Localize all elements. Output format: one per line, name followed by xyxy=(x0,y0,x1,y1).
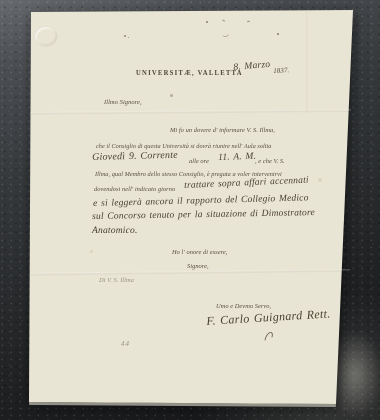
pencil-number: 44 xyxy=(121,340,130,348)
body-line-3-printed-b: , e che V. S. xyxy=(255,158,285,165)
closing-honor-line: Ho l' onore di essere, xyxy=(172,249,227,256)
ink-speck xyxy=(170,94,173,97)
body-line-1: Mi fo un dovere d' informare V. S. Illma… xyxy=(170,127,275,134)
closing-signore: Signore, xyxy=(187,263,209,270)
ink-speck xyxy=(206,21,208,23)
body-line-5-printed: dovendosi nell' indicato giorno xyxy=(94,186,175,193)
closing-servant-line: Umo e Devmo Servo, xyxy=(216,303,271,310)
printed-year: 1837. xyxy=(273,66,289,75)
letterhead-place: UNIVERSITÆ, VALLETTA xyxy=(136,69,243,77)
body-line-3-handwritten-day: Giovedì 9. Corrente xyxy=(92,150,178,163)
closing-di-vs-illma: Di V. S. Illma xyxy=(99,277,134,284)
body-line-2: che il Consiglio di questa Università si… xyxy=(96,143,271,150)
signature-flourish xyxy=(263,329,277,342)
body-line-3-printed-a: alle ore xyxy=(189,158,209,165)
letter-photograph: UNIVERSITÆ, VALLETTA 8. Marzo 1837. Illm… xyxy=(0,0,380,420)
body-line-8-handwritten: Anatomico. xyxy=(92,226,138,236)
ink-speck xyxy=(277,33,279,35)
foxing-spot xyxy=(90,250,93,253)
foxing-spot xyxy=(318,178,322,182)
body-line-3-handwritten-hour: 11. A. M. xyxy=(218,152,256,163)
ink-speck xyxy=(124,35,126,37)
vertical-crease xyxy=(306,11,308,113)
salutation: Illmo Signore, xyxy=(104,99,142,106)
blind-stamp-seal xyxy=(34,26,58,47)
